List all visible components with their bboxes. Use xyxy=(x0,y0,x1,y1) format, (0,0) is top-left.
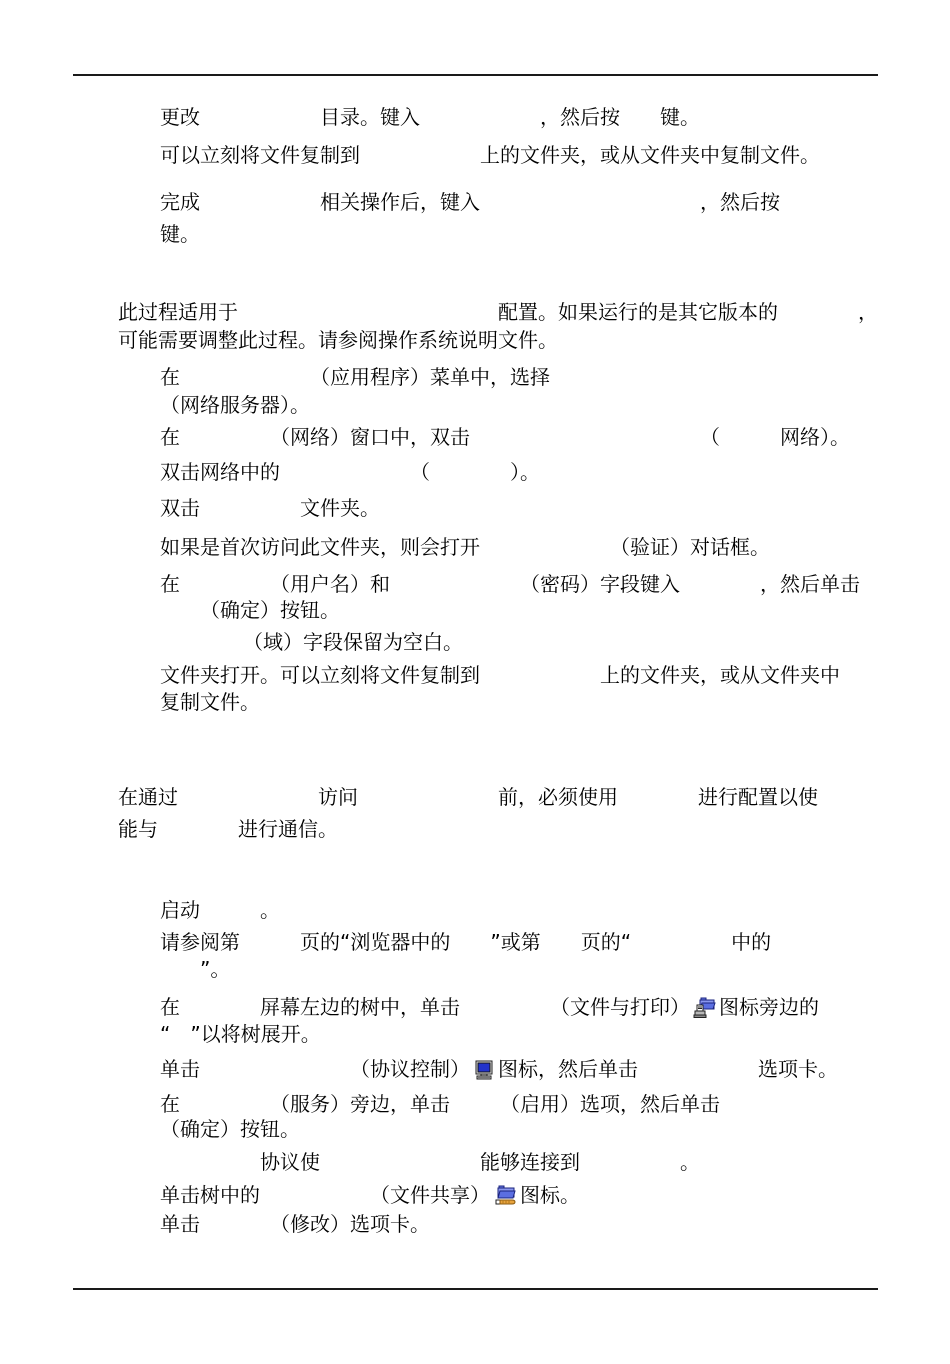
line-text: 单击树中的 （文件共享） xyxy=(160,1183,490,1207)
text-line: （确定）按钮。 xyxy=(160,1117,300,1141)
text-line: （网络服务器）。 xyxy=(160,393,310,417)
text-line: 在 （服务）旁边，单击 （启用）选项，然后单击 xyxy=(160,1092,720,1116)
line-text: 单击 （协议控制） xyxy=(160,1057,470,1081)
text-line: 可能需要调整此过程。请参阅操作系统说明文件。 xyxy=(118,328,558,352)
text-line: 请参阅第 页的“浏览器中的 ”或第 页的“ 中的 xyxy=(160,930,771,954)
text-line: 更改 目录。键入 ，然后按 键。 xyxy=(160,105,700,129)
text-line: 键。 xyxy=(160,222,200,246)
text-line: 文件夹打开。可以立刻将文件复制到 上的文件夹，或从文件夹中 xyxy=(160,663,840,687)
text-line: 复制文件。 xyxy=(160,690,260,714)
text-line: （域）字段保留为空白。 xyxy=(243,630,463,654)
text-line: 单击 （修改）选项卡。 xyxy=(160,1212,430,1236)
text-line: 能与 进行通信。 xyxy=(118,817,338,841)
text-line: 在 （用户名）和 （密码）字段键入 ，然后单击 xyxy=(160,572,860,596)
line-text: 图标。 xyxy=(520,1183,580,1207)
text-line: ”。 xyxy=(200,957,230,981)
text-line-with-icon: 单击 （协议控制） 图标，然后单击 选项卡。 xyxy=(160,1057,838,1081)
line-text: 图标旁边的 xyxy=(719,995,819,1019)
text-line: 在通过 访问 前，必须使用 进行配置以使 xyxy=(118,785,818,809)
document-page: 更改 目录。键入 ，然后按 键。 可以立刻将文件复制到 上的文件夹，或从文件夹中… xyxy=(0,0,950,1364)
text-line-with-icon: 单击树中的 （文件共享） 图标。 xyxy=(160,1183,580,1207)
text-line: 可以立刻将文件复制到 上的文件夹，或从文件夹中复制文件。 xyxy=(160,143,820,167)
text-line: “ ”以将树展开。 xyxy=(160,1022,321,1046)
text-line: 在 （应用程序）菜单中，选择 xyxy=(160,365,550,389)
text-line: 完成 相关操作后，键入 ，然后按 xyxy=(160,190,780,214)
text-line: 双击 文件夹。 xyxy=(160,496,380,520)
text-line: 此过程适用于 配置。如果运行的是其它版本的 ， xyxy=(118,300,878,324)
text-line: 在 （网络）窗口中，双击 （ 网络）。 xyxy=(160,425,850,449)
file-and-print-folder-icon xyxy=(693,995,716,1019)
top-divider xyxy=(73,74,878,76)
text-line-with-icon: 在 屏幕左边的树中，单击 （文件与打印） 图标旁边的 xyxy=(160,995,819,1019)
text-line: 启动 。 xyxy=(160,898,280,922)
file-sharing-folder-hand-icon xyxy=(493,1185,517,1207)
protocol-control-computer-icon xyxy=(473,1059,495,1081)
line-text: 图标，然后单击 选项卡。 xyxy=(498,1057,838,1081)
line-text: 在 屏幕左边的树中，单击 （文件与打印） xyxy=(160,995,690,1019)
text-line: 双击网络中的 （ ）。 xyxy=(160,460,540,484)
text-line: （确定）按钮。 xyxy=(200,598,340,622)
text-line: 协议使 能够连接到 。 xyxy=(160,1150,700,1174)
bottom-divider xyxy=(73,1288,878,1290)
text-line: 如果是首次访问此文件夹，则会打开 （验证）对话框。 xyxy=(160,535,770,559)
